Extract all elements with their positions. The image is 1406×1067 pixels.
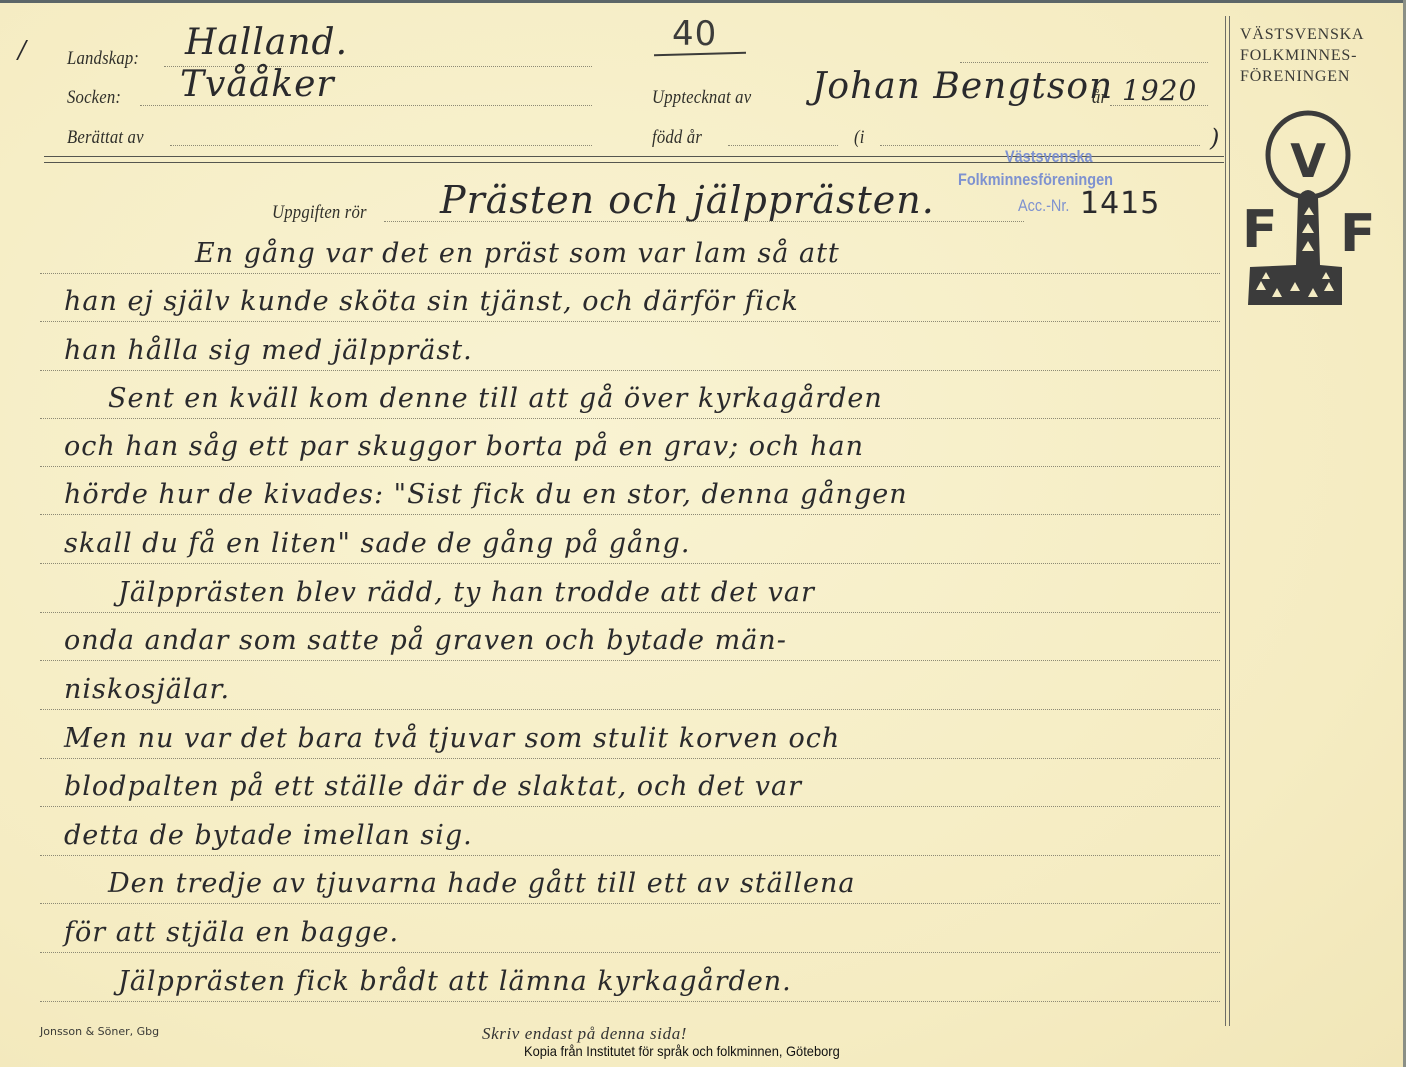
ar-label: år: [1092, 87, 1107, 109]
body-line: niskosjälar.: [64, 674, 230, 705]
organization-name-line: FOLKMINNES-: [1240, 45, 1364, 66]
berattat-av-label: Berättat av: [67, 127, 144, 149]
body-line: blodpalten på ett ställe där de slaktat,…: [64, 771, 802, 802]
body-line: Jälpprästen fick brådt att lämna kyrkagå…: [118, 966, 792, 997]
ruled-line: [40, 903, 1220, 904]
body-line: onda andar som satte på graven och bytad…: [64, 625, 787, 656]
body-line: detta de bytade imellan sig.: [64, 820, 473, 851]
socken-label: Socken:: [67, 87, 121, 109]
socken-dotted-line: [140, 105, 592, 106]
socken-value: Tvååker: [180, 64, 335, 105]
body-line: Men nu var det bara två tjuvar som stuli…: [64, 723, 840, 754]
ruled-line: [40, 514, 1220, 515]
vff-hammer-logo-icon: V F F: [1238, 105, 1378, 315]
i-dotted-line: [880, 145, 1200, 146]
body-line: Sent en kväll kom denne till att gå över…: [108, 383, 883, 414]
ruled-line: [40, 370, 1220, 371]
write-one-side-instruction: Skriv endast på denna sida!: [482, 1024, 687, 1044]
ruled-line: [40, 612, 1220, 613]
ruled-line: [40, 660, 1220, 661]
i-close-paren: ): [1210, 124, 1220, 152]
ruled-line: [40, 952, 1220, 953]
svg-text:F: F: [1242, 200, 1278, 260]
subject-label: Uppgiften rör: [272, 202, 367, 224]
fodd-ar-dotted-line: [728, 145, 838, 146]
archive-form-page: / 40 Landskap: Halland. Socken: Tvååker …: [0, 0, 1406, 1067]
i-label: (i: [854, 127, 865, 149]
ar-dotted-line: [1110, 105, 1208, 106]
ruled-line: [40, 1001, 1220, 1002]
body-line: för att stjäla en bagge.: [64, 917, 399, 948]
printer-imprint: Jonsson & Söner, Gbg: [40, 1025, 159, 1038]
copyright-notice: Kopia från Institutet för språk och folk…: [524, 1043, 840, 1059]
ruled-line: [40, 418, 1220, 419]
body-line: skall du få en liten" sade de gång på gå…: [64, 528, 690, 559]
upper-right-dotted-line: [960, 62, 1208, 63]
divider-line-right: [1229, 16, 1230, 1026]
landskap-value: Halland.: [185, 22, 348, 63]
svg-text:F: F: [1340, 204, 1376, 264]
ruled-line: [40, 855, 1220, 856]
fodd-ar-label: född år: [652, 127, 702, 149]
organization-name: VÄSTSVENSKA FOLKMINNES- FÖRENINGEN: [1240, 24, 1364, 87]
ruled-line: [40, 563, 1220, 564]
organization-name-line: VÄSTSVENSKA: [1240, 24, 1364, 45]
body-line: hörde hur de kivades: "Sist fick du en s…: [64, 479, 908, 510]
body-line: Den tredje av tjuvarna hade gått till et…: [108, 868, 856, 899]
body-line: och han såg ett par skuggor borta på en …: [64, 431, 864, 462]
stamp-acc-label: Acc.-Nr.: [1018, 196, 1069, 216]
page-number-underline: [654, 52, 746, 56]
divider-line-left: [1225, 16, 1226, 1026]
landskap-label: Landskap:: [67, 48, 139, 70]
berattat-av-dotted-line: [170, 145, 592, 146]
svg-text:V: V: [1290, 134, 1326, 188]
margin-mark: /: [18, 36, 27, 64]
ruled-line: [40, 806, 1220, 807]
organization-name-line: FÖRENINGEN: [1240, 66, 1364, 87]
body-line: han hålla sig med jälppräst.: [64, 335, 473, 366]
ruled-line: [40, 758, 1220, 759]
page-number: 40: [672, 14, 717, 54]
upptecknat-av-label: Upptecknat av: [652, 87, 751, 109]
acc-number: 1415: [1080, 186, 1160, 221]
ar-value: 1920: [1122, 74, 1197, 107]
upptecknat-av-value: Johan Bengtson: [812, 66, 1113, 107]
scan-top-edge: [0, 0, 1406, 3]
body-line: Jälpprästen blev rädd, ty han trodde att…: [118, 577, 815, 608]
ruled-line: [40, 709, 1220, 710]
ruled-line: [40, 273, 1220, 274]
subject-value: Prästen och jälpprästen.: [440, 178, 935, 222]
stamp-line-1: Västsvenska: [1005, 147, 1093, 167]
ruled-line: [40, 321, 1220, 322]
body-line: En gång var det en präst som var lam så …: [195, 238, 840, 269]
ruled-line: [40, 466, 1220, 467]
body-line: han ej själv kunde sköta sin tjänst, och…: [64, 286, 799, 317]
